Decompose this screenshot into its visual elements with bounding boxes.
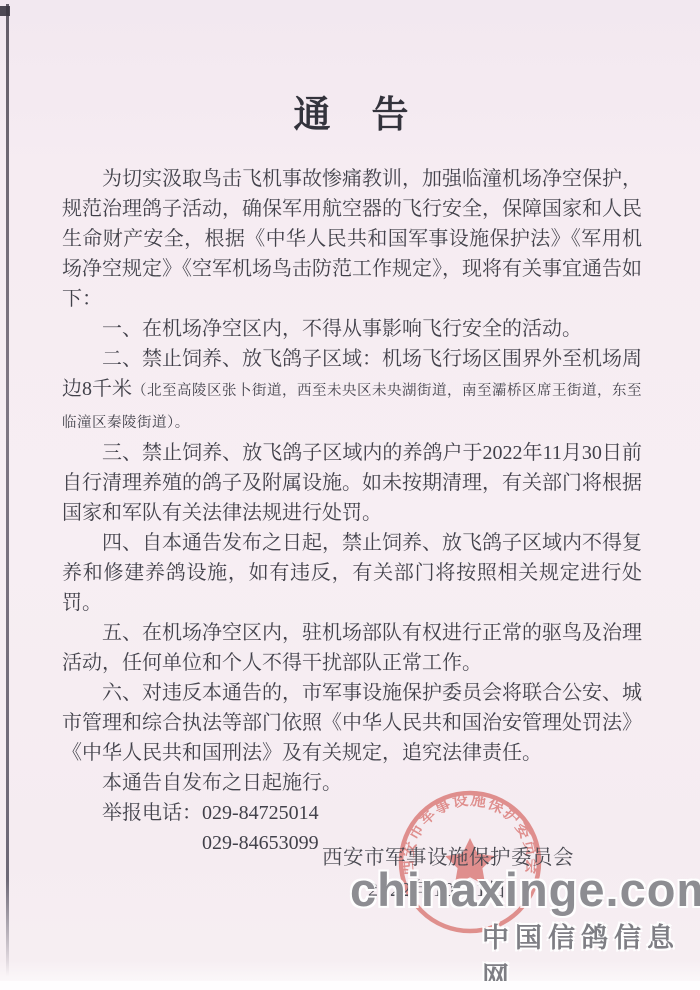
hotline-line-1: 举报电话：029-84725014 bbox=[62, 798, 642, 828]
item-2-boundary-note: （北至高陵区张卜街道，西至未央区未央湖街道，南至灞桥区席王街道，东至临潼区秦陵街… bbox=[62, 383, 642, 431]
watermark-site-name: 中国信鸽信息网 bbox=[482, 916, 700, 990]
item-3: 三、禁止饲养、放飞鸽子区域内的养鸽户于2022年11月30日前自行清理养殖的鸽子… bbox=[62, 438, 642, 528]
notice-title: 通 告 bbox=[62, 84, 642, 138]
item-1: 一、在机场净空区内，不得从事影响飞行安全的活动。 bbox=[62, 314, 642, 344]
item-2: 二、禁止饲养、放飞鸽子区域：机场飞行场区围界外至机场周边8千米（北至高陵区张卜街… bbox=[62, 344, 642, 438]
photo-bottom-edge bbox=[0, 981, 700, 990]
notice-photo-page: 通 告 为切实汲取鸟击飞机事故惨痛教训，加强临潼机场净空保护，规范治理鸽子活动，… bbox=[0, 0, 700, 990]
item-4: 四、自本通告发布之日起，禁止饲养、放飞鸽子区域内不得复养和修建养鸽设施，如有违反… bbox=[62, 528, 642, 618]
issue-date: 2022年10月1日 bbox=[368, 873, 508, 902]
issuer-signature: 西安市军事设施保护委员会 bbox=[322, 840, 574, 870]
effective-line: 本通告自发布之日起施行。 bbox=[62, 768, 642, 798]
item-5: 五、在机场净空区内，驻机场部队有权进行正常的驱鸟及治理活动，任何单位和个人不得干… bbox=[62, 618, 642, 678]
notice-body: 为切实汲取鸟击飞机事故惨痛教训，加强临潼机场净空保护，规范治理鸽子活动，确保军用… bbox=[62, 164, 642, 858]
intro-paragraph: 为切实汲取鸟击飞机事故惨痛教训，加强临潼机场净空保护，规范治理鸽子活动，确保军用… bbox=[62, 164, 642, 314]
item-6: 六、对违反本通告的，市军事设施保护委员会将联合公安、城市管理和综合执法等部门依照… bbox=[62, 678, 642, 768]
notice-content: 通 告 为切实汲取鸟击飞机事故惨痛教训，加强临潼机场净空保护，规范治理鸽子活动，… bbox=[0, 0, 700, 858]
